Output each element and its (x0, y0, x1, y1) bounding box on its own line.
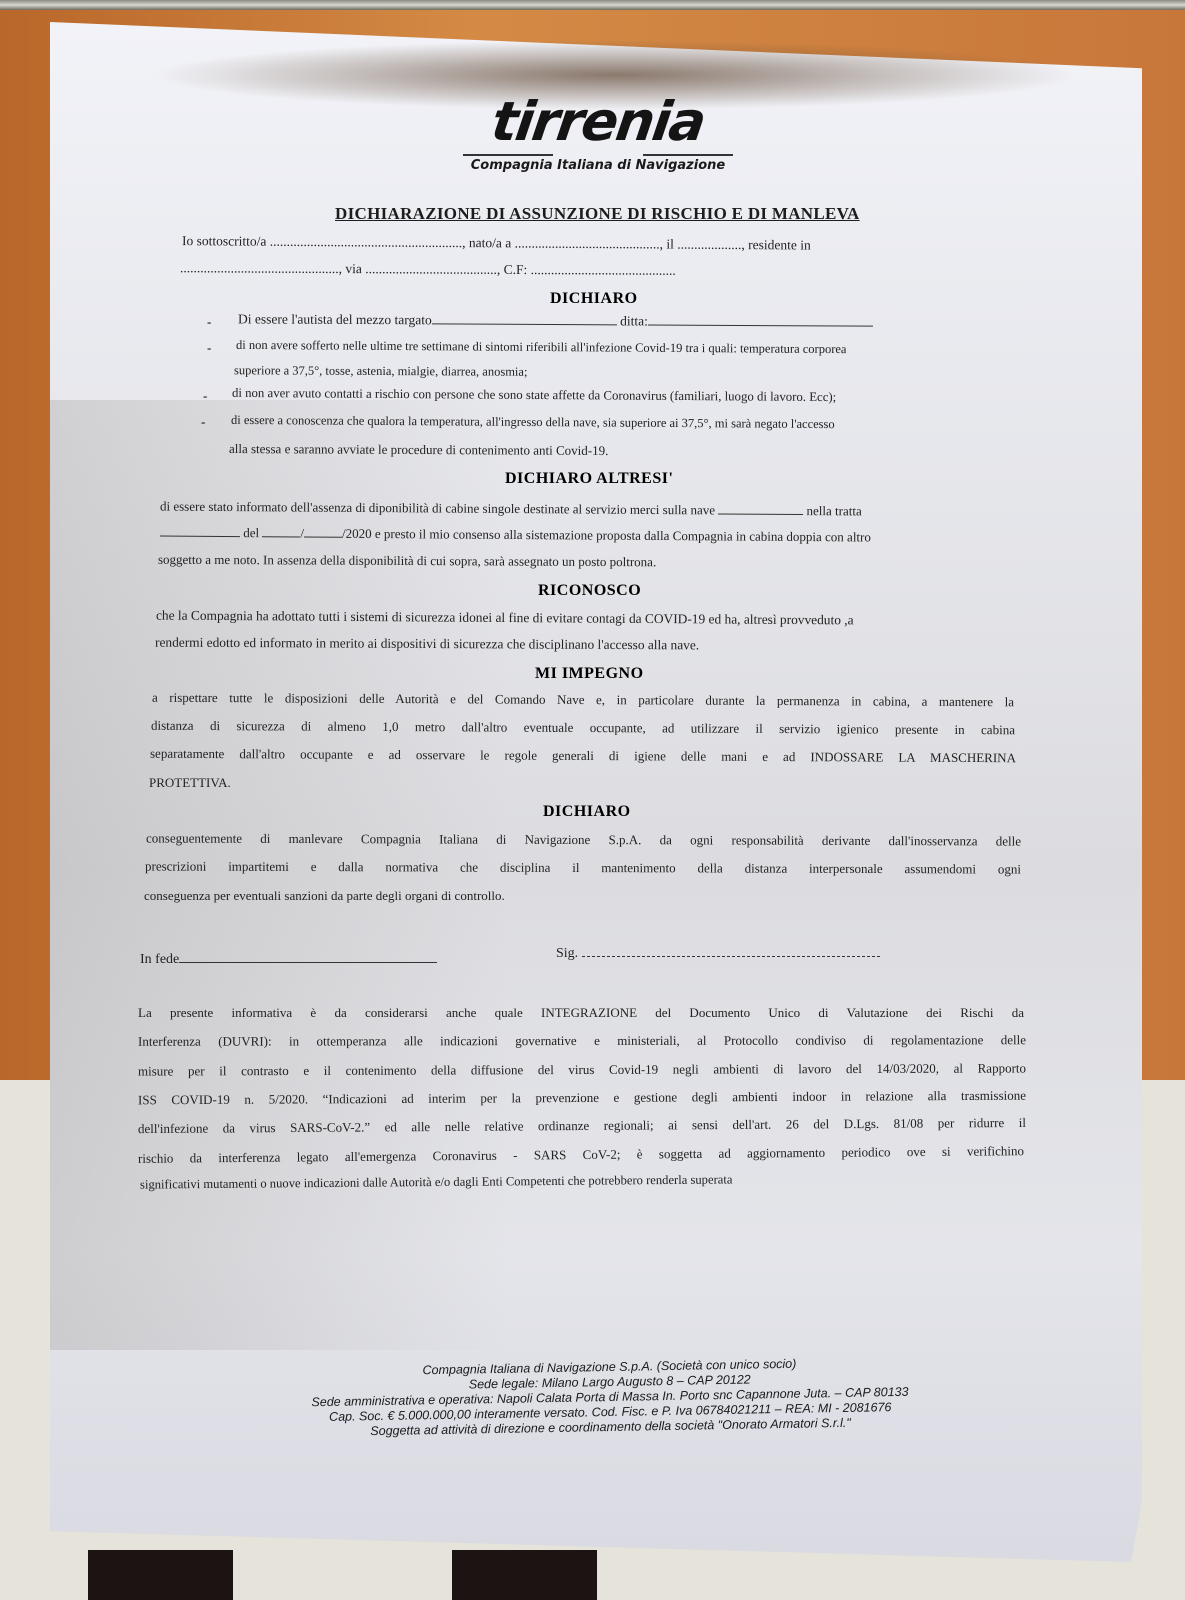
logo-rule (463, 154, 733, 156)
bullet-dash: - (207, 340, 211, 356)
company-logo: tirrenia Compagnia Italiana di Navigazio… (463, 92, 733, 173)
plate-field[interactable] (432, 311, 617, 325)
footer: Compagnia Italiana di Navigazione S.p.A.… (239, 1354, 980, 1442)
driver-text: Di essere l'autista del mezzo targato (238, 311, 432, 327)
note-line-3: misure per il contrasto e il conteniment… (138, 1060, 1026, 1079)
bullet-dash: - (201, 414, 205, 430)
in-fede-field[interactable] (179, 950, 437, 963)
signature-field[interactable] (582, 944, 880, 957)
date-month-field[interactable] (304, 525, 342, 538)
document-title: DICHIARAZIONE DI ASSUNZIONE DI RISCHIO E… (335, 200, 860, 228)
company-label: ditta: (620, 313, 648, 328)
shoe-right (452, 1550, 597, 1600)
bullet-temperature-2: alla stessa e saranno avviate le procedu… (229, 441, 608, 459)
riconosco-line-2: rendermi edotto ed informato in merito a… (155, 635, 699, 654)
in-fede-label: In fede (140, 952, 179, 967)
note-line-1: La presente informativa è da considerars… (138, 1005, 1024, 1021)
section-heading-dichiaro-altresi: DICHIARO ALTRESI' (505, 470, 673, 488)
sig-label: Sig. (556, 946, 578, 961)
brand-subtitle: Compagnia Italiana di Navigazione (463, 158, 733, 173)
note-line-2: Interferenza (DUVRI): in ottemperanza al… (138, 1032, 1026, 1050)
bullet-driver: Di essere l'autista del mezzo targato di… (238, 310, 873, 330)
route-label: nella tratta (806, 503, 861, 518)
date-day-field[interactable] (262, 524, 300, 537)
ship-field[interactable] (718, 501, 803, 515)
altresi-line-3: soggetto a me noto. In assenza della dis… (158, 552, 656, 571)
bullet-dash: - (207, 314, 211, 330)
altresi-text-2: /2020 e presto il mio consenso alla sist… (342, 526, 871, 545)
signature-block: Sig. (556, 944, 880, 962)
section-heading-dichiaro-manleva: DICHIARO (543, 803, 631, 821)
route-field[interactable] (160, 524, 240, 538)
company-field[interactable] (648, 312, 873, 326)
bullet-symptoms-2: superiore a 37,5°, tosse, astenia, mialg… (234, 363, 528, 380)
manleva-line-2: prescrizioni impartitemi e dalla normati… (145, 858, 1021, 877)
section-heading-dichiaro: DICHIARO (550, 290, 638, 308)
date-label: del (243, 525, 259, 540)
section-heading-mi-impegno: MI IMPEGNO (535, 665, 644, 683)
shoe-left (88, 1550, 233, 1600)
manleva-line-1: conseguentemente di manlevare Compagnia … (146, 830, 1021, 849)
manleva-line-3: conseguenza per eventuali sanzioni da pa… (144, 888, 505, 904)
metal-rail (0, 0, 1185, 10)
section-heading-riconosco: RICONOSCO (538, 582, 641, 600)
bullet-dash: - (203, 388, 207, 404)
impegno-line-4: PROTETTIVA. (149, 775, 231, 791)
brand-name: tirrenia (459, 92, 737, 152)
altresi-text-1: di essere stato informato dell'assenza d… (160, 499, 715, 518)
in-fede-block: In fede (140, 950, 437, 968)
